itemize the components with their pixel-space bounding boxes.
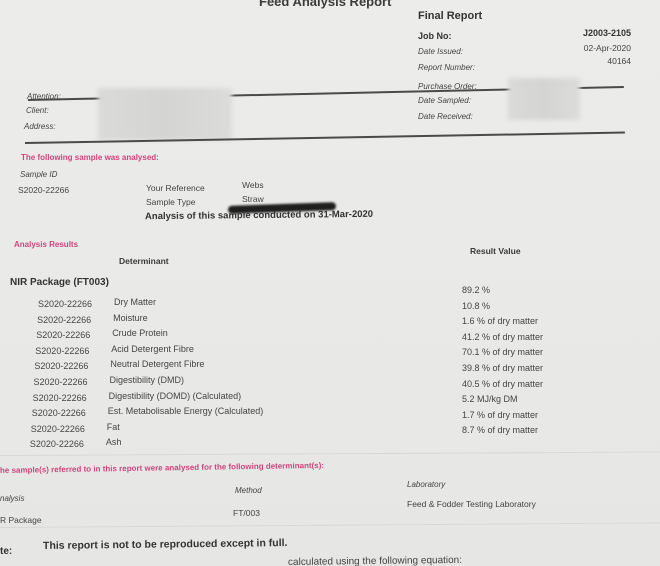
job-no-value: J2003-2105 <box>583 28 631 38</box>
result-row-sample-id: S2020-22266 <box>34 361 88 371</box>
client-label: Client: <box>26 106 49 115</box>
result-row-value: 89.2 % <box>462 285 490 295</box>
result-row-value: 8.7 % of dry matter <box>462 425 538 435</box>
note-label: te: <box>0 546 12 557</box>
date-sampled-label: Date Sampled: <box>418 96 471 105</box>
report-number-label: Report Number: <box>418 63 475 72</box>
methods-heading: he sample(s) referred to in this report … <box>0 461 324 475</box>
sample-section-heading: The following sample was analysed: <box>21 153 159 162</box>
laboratory-value: Feed & Fodder Testing Laboratory <box>407 499 536 509</box>
result-row-determinant: Ash <box>106 437 122 447</box>
report-number-value: 40164 <box>607 56 631 66</box>
your-reference-value: Webs <box>242 180 264 190</box>
your-reference-label: Your Reference <box>146 183 205 193</box>
date-issued-value: 02-Apr-2020 <box>584 43 631 53</box>
laboratory-column-header: Laboratory <box>407 480 445 489</box>
redacted-client-details <box>98 88 232 140</box>
method-column-header: Method <box>235 486 262 495</box>
purchase-order-label: Purchase Order: <box>418 82 477 91</box>
sample-type-label: Sample Type <box>146 197 195 207</box>
result-value-column-header: Result Value <box>470 246 521 256</box>
result-row-value: 70.1 % of dry matter <box>462 347 543 357</box>
result-row-determinant: Digestibility (DOMD) (Calculated) <box>109 391 242 401</box>
result-row-value: 5.2 MJ/kg DM <box>462 394 518 404</box>
package-name: NIR Package (FT003) <box>10 277 109 288</box>
result-row-sample-id: S2020-22266 <box>35 346 89 356</box>
result-row-sample-id: S2020-22266 <box>31 424 85 434</box>
result-row-determinant: Fat <box>107 422 120 432</box>
result-row-determinant: Digestibility (DMD) <box>110 375 185 385</box>
result-row-determinant: Crude Protein <box>112 328 168 338</box>
result-row-sample-id: S2020-22266 <box>32 408 86 418</box>
result-row-sample-id: S2020-22266 <box>30 439 84 449</box>
results-heading: Analysis Results <box>14 240 78 249</box>
result-row-sample-id: S2020-22266 <box>34 377 88 387</box>
result-row-determinant: Est. Metabolisable Energy (Calculated) <box>108 406 264 416</box>
sample-type-value: Straw <box>242 194 264 204</box>
result-row-value: 39.8 % of dry matter <box>462 363 543 373</box>
divider-results-end <box>0 452 660 456</box>
divider-methods-end <box>0 522 660 528</box>
report-status: Final Report <box>418 10 482 22</box>
equation-text: calculated using the following equation: <box>288 555 462 566</box>
report-title: Feed Analysis Report <box>259 0 391 9</box>
result-row-sample-id: S2020-22266 <box>36 330 90 340</box>
result-row-sample-id: S2020-22266 <box>33 393 87 403</box>
result-row-sample-id: S2020-22266 <box>38 299 92 309</box>
result-row-value: 40.5 % of dry matter <box>462 379 543 389</box>
sample-id-label: Sample ID <box>20 170 57 179</box>
method-value: FT/003 <box>233 508 260 518</box>
date-issued-label: Date Issued: <box>418 47 463 56</box>
result-row-value: 10.8 % <box>462 301 490 311</box>
address-label: Address: <box>24 122 56 131</box>
date-received-label: Date Received: <box>418 112 473 121</box>
sample-id-value: S2020-22266 <box>18 185 69 195</box>
attention-label: Attention: <box>27 92 61 101</box>
redacted-order-details <box>508 78 580 120</box>
analysis-column-header: nalysis <box>0 494 24 503</box>
note-text: This report is not to be reproduced exce… <box>43 537 288 552</box>
result-row-determinant: Acid Detergent Fibre <box>111 344 194 354</box>
result-row-value: 1.6 % of dry matter <box>462 316 538 326</box>
analysis-value: R Package <box>0 515 42 525</box>
result-row-determinant: Neutral Detergent Fibre <box>110 359 204 369</box>
result-row-determinant: Dry Matter <box>114 297 156 307</box>
result-row-sample-id: S2020-22266 <box>37 315 91 325</box>
determinant-column-header: Determinant <box>119 256 169 266</box>
result-row-determinant: Moisture <box>113 313 148 323</box>
job-no-label: Job No: <box>418 31 452 41</box>
result-row-value: 41.2 % of dry matter <box>462 332 543 342</box>
result-row-value: 1.7 % of dry matter <box>462 410 538 420</box>
analysis-date-text: Analysis of this sample conducted on 31-… <box>145 209 373 222</box>
feed-analysis-report-page: Feed Analysis Report Final Report Job No… <box>0 0 660 566</box>
